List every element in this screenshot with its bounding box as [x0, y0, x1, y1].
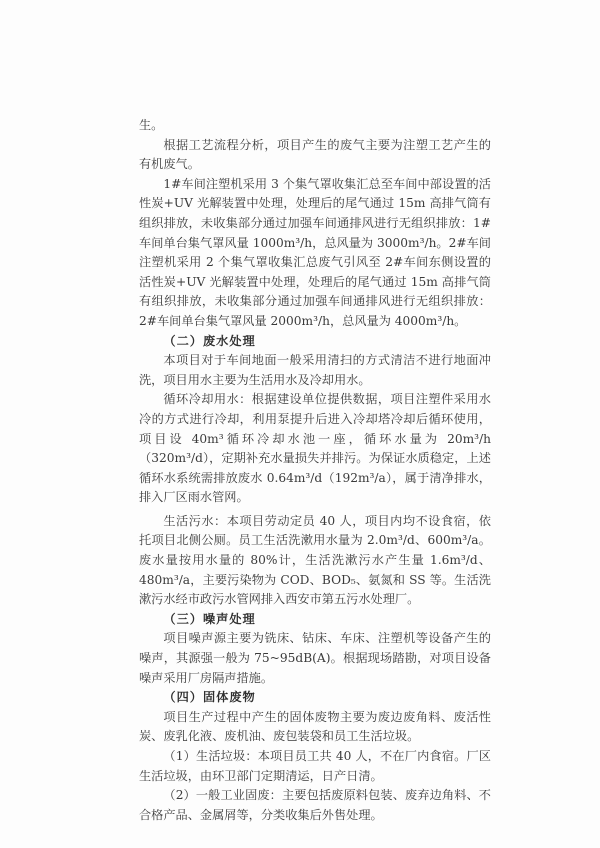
document-page: 生。 根据工艺流程分析，项目产生的废气主要为注塑工艺产生的有机废气。 1#车间注… — [139, 116, 491, 825]
paragraph-cooling-water: 循环冷却用水：根据建设单位提供数据，项目注塑件采用水冷的方式进行冷却，利用泵提升… — [139, 390, 491, 508]
paragraph-continuation: 生。 — [139, 116, 491, 136]
paragraph-domestic-garbage: （1）生活垃圾：本项目员工共 40 人，不在厂内食宿。厂区生活垃圾，由环卫部门定… — [139, 747, 491, 786]
paragraph-solid-waste-intro: 项目生产过程中产生的固体废物主要为废边废角料、废活性炭、废乳化液、废机油、废包装… — [139, 708, 491, 747]
section-heading-wastewater: （二）废水处理 — [139, 332, 491, 352]
paragraph-waste-gas-treatment: 1#车间注塑机采用 3 个集气罩收集汇总至车间中部设置的活性炭+UV 光解装置中… — [139, 175, 491, 332]
paragraph-noise: 项目噪声源主要为铣床、钻床、车床、注塑机等设备产生的噪声，其源强一般为 75~9… — [139, 629, 491, 688]
section-heading-noise: （三）噪声处理 — [139, 610, 491, 630]
paragraph-domestic-sewage: 生活污水：本项目劳动定员 40 人，项目内均不设食宿，依托项目北侧公厕。员工生活… — [139, 512, 491, 610]
paragraph-water-usage: 本项目对于车间地面一般采用清扫的方式清洁不进行地面冲洗，项目用水主要为生活用水及… — [139, 351, 491, 390]
paragraph-waste-gas-intro: 根据工艺流程分析，项目产生的废气主要为注塑工艺产生的有机废气。 — [139, 136, 491, 175]
section-heading-solid-waste: （四）固体废物 — [139, 688, 491, 708]
paragraph-industrial-waste: （2）一般工业固废：主要包括废原料包装、废弃边角料、不合格产品、金属屑等，分类收… — [139, 786, 491, 825]
